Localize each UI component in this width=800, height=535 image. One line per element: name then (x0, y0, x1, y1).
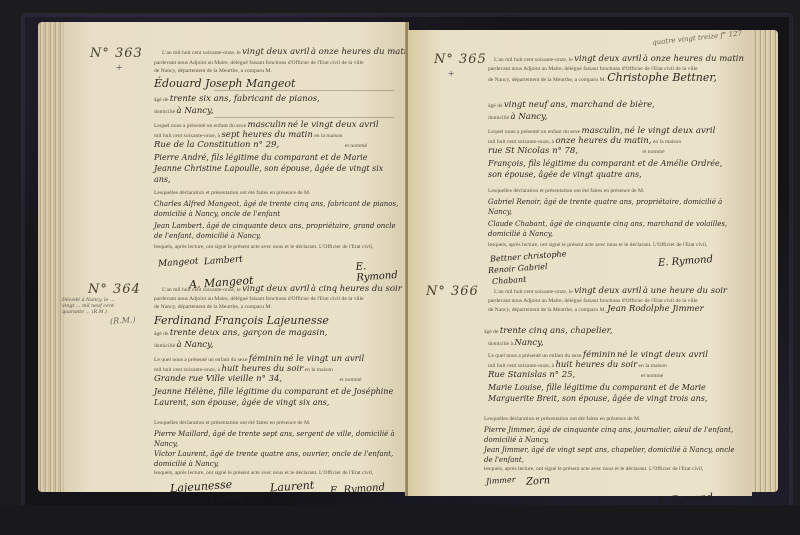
child-sex-line: Le quel nous a présenté un enfant du sex… (154, 356, 364, 364)
record-intro-line: L'an mil huit cent soixante-onze, le vin… (494, 288, 727, 296)
right-page: quatre vingt treize f° 127 N° 365 + L'an… (408, 30, 752, 496)
child-sex-line: Le quel nous a présenté un enfant du sex… (488, 352, 708, 360)
closing-formula: lesquels, après lecture, ont signé le pr… (488, 242, 707, 249)
record-intro-line: L'an mil huit cent soixante-onze, le vin… (162, 49, 412, 57)
declarant-age: âgé de trente six ans, fabricant de pian… (154, 96, 320, 104)
witness-1: Pierre Maillard, âgé de trente sept ans,… (154, 429, 399, 449)
signature: Jimmer (486, 475, 516, 486)
declarant-domicile: domicilié à Nancy, (488, 340, 544, 348)
witness-intro: Lesquelles déclaration et présentation o… (154, 420, 310, 427)
record-comparu-line: de Nancy, département de la Meurthe, a c… (154, 304, 272, 311)
record-number: N° 364 (88, 282, 141, 297)
record-comparu-line: de Nancy, département de la Meurthe, a c… (488, 74, 717, 84)
child-sex-line: Lequel nous a présenté un enfant du sexe… (154, 122, 379, 130)
declarant-age: âgé de trente cinq ans, chapelier, (484, 328, 612, 336)
witness-1: Charles Alfred Mangeot, âgé de trente ci… (154, 199, 399, 219)
left-page: N° 363 + L'an mil huit cent soixante-onz… (64, 22, 408, 492)
declarant-age: âgé de vingt neuf ans, marchand de bière… (488, 102, 655, 110)
ruled-line (214, 90, 394, 91)
birth-address: Rue Stanislas n° 25, et nommé (488, 372, 663, 380)
record-preamble-line: pardevant nous Adjoint au Maire, délégué… (154, 60, 364, 67)
declarant-name: Jean Rodolphe Jimmer (607, 304, 703, 314)
birth-record-364: N° 364 Décédé à Nancy, le ... vingt ... … (64, 284, 408, 492)
margin-initials: (R.M.) (110, 315, 136, 326)
signature: Bettner christophe (490, 249, 567, 263)
record-intro-line: L'an mil huit cent soixante-onze, le vin… (494, 56, 744, 64)
signature: Lambert (204, 255, 243, 268)
record-number: N° 365 (434, 52, 487, 67)
witness-2: Jean Lambert, âgé de cinquante deux ans,… (154, 221, 399, 241)
record-number: N° 366 (426, 284, 479, 299)
child-birth-hour: mil huit cent soixante-onze, à sept heur… (154, 132, 343, 140)
child-name-parents: Jeanne Hélène, fille légitime du compara… (154, 386, 394, 408)
child-birth-hour: mil huit cent soixante-onze, à onze heur… (488, 138, 681, 146)
witness-intro: Lesquelles déclaration et présentation o… (484, 416, 640, 423)
witness-1: Pierre Jimmer, âgé de cinquante cinq ans… (484, 425, 738, 445)
record-intro-line: L'an mil huit cent soixante-onze, le vin… (162, 286, 402, 294)
declarant-name: Ferdinand François Lajeunesse (154, 314, 329, 327)
ruled-line (214, 117, 394, 118)
record-number: N° 363 (90, 46, 143, 61)
witness-intro: Lesquelles déclaration et présentation o… (488, 188, 644, 195)
declarant-name: Édouard Joseph Mangeot (154, 77, 394, 90)
closing-formula: lesquels, après lecture, ont signé le pr… (154, 244, 373, 251)
officer-signature: E. Rymond (355, 258, 408, 284)
signature: Zorn (526, 475, 551, 488)
witness-2: Victor Laurent, âgé de trente quatre ans… (154, 449, 399, 469)
birth-record-366: N° 366 L'an mil huit cent soixante-onze,… (408, 284, 752, 496)
signature: Renoir Gabriel (488, 262, 548, 275)
child-name-parents: Pierre André, fils légitime du comparant… (154, 152, 394, 185)
child-birth-hour: mil huit cent soixante-onze, à huit heur… (154, 366, 333, 374)
child-birth-hour: mil huit cent soixante-onze, à huit heur… (488, 362, 667, 370)
record-preamble-line: pardevant nous Adjoint au Maire, délégué… (154, 296, 364, 303)
signature: Mangeot (158, 257, 199, 270)
closing-formula: lesquels, après lecture, ont signé le pr… (484, 466, 703, 473)
child-name-parents: François, fils légitime du comparant et … (488, 158, 738, 180)
background-surface (0, 505, 800, 535)
closing-formula: lesquels, après lecture, ont signé le pr… (154, 470, 373, 477)
child-sex-line: Lequel nous a présenté un enfant du sexe… (488, 128, 715, 136)
birth-address: Rue de la Constitution n° 29, et nommé (154, 142, 367, 150)
declarant-name: Christophe Bettner, (607, 71, 717, 84)
record-comparu-line: de Nancy, département de la Meurthe, a c… (488, 306, 704, 314)
cross-mark-icon: + (116, 62, 122, 74)
declarant-domicile: domicilié à Nancy, (154, 108, 213, 116)
declarant-domicile: domicilié à Nancy, (154, 342, 213, 350)
margin-annotation: Décédé à Nancy, le ... vingt ... mil neu… (62, 298, 122, 316)
declarant-domicile: domicilié à Nancy, (488, 114, 547, 122)
record-comparu-line: de Nancy, département de la Meurthe, a c… (154, 68, 272, 75)
officer-signature: E. Rymond (658, 254, 714, 269)
birth-record-363: N° 363 + L'an mil huit cent soixante-onz… (64, 22, 408, 272)
witness-2: Claude Chabant, âgé de cinquante cinq an… (488, 219, 738, 239)
birth-address: Grande rue Ville vieille n° 34, et nommé (154, 376, 362, 384)
witness-1: Gabriel Renoir, âgé de trente quatre ans… (488, 197, 738, 217)
declarant-age: âgé de trente deux ans, garçon de magasi… (154, 330, 327, 338)
birth-record-365: N° 365 + L'an mil huit cent soixante-onz… (408, 30, 752, 280)
witness-intro: Lesquelles déclaration et présentation o… (154, 190, 310, 197)
page-edges-right (748, 30, 778, 492)
birth-address: rue St Nicolas n° 78, et nommé (488, 148, 665, 156)
child-name-parents: Marie Louise, fille légitime du comparan… (488, 382, 738, 404)
cross-mark-icon: + (448, 68, 454, 80)
witness-2: Jean Jimmer, âgé de vingt sept ans, chap… (484, 445, 738, 465)
